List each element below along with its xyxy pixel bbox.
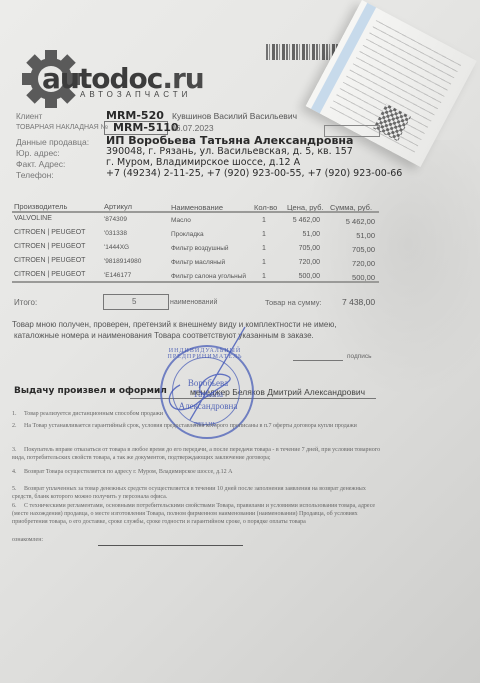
- cell-maker: CITROEN | PEUGEOT: [14, 271, 85, 278]
- cell-name: Фильтр масляный: [171, 259, 225, 266]
- seller-label: Данные продавца:: [16, 137, 89, 147]
- phones: +7 (49234) 2-11-25, +7 (920) 923-00-55, …: [106, 168, 402, 179]
- signature-line: [293, 360, 343, 361]
- cell-maker: CITROEN | PEUGEOT: [14, 257, 85, 264]
- autodoc-logo: autodoc.ru АВТОЗАПЧАСТИ: [18, 50, 208, 106]
- cell-name: Фильтр воздушный: [171, 245, 229, 252]
- cell-price: 500,00: [292, 273, 320, 280]
- cell-price: 720,00: [292, 259, 320, 266]
- terms-item-5: 5. Возврат уплаченных за товар денежных …: [12, 485, 382, 501]
- col-article: Артикул: [104, 202, 132, 211]
- cell-price: 705,00: [292, 245, 320, 252]
- paper-shadow: [300, 140, 480, 400]
- issued-label: Выдачу произвел и оформил: [14, 386, 167, 396]
- cell-qty: 1: [262, 231, 266, 238]
- cell-qty: 1: [262, 217, 266, 224]
- cell-article: '874309: [104, 216, 127, 223]
- cell-name: Прокладка: [171, 231, 204, 238]
- col-maker: Производитель: [14, 202, 67, 211]
- cell-article: '9818914980: [104, 258, 141, 265]
- client-label: Клиент: [16, 112, 42, 121]
- table-footer-rule: [12, 281, 379, 283]
- phone-label: Телефон:: [16, 170, 54, 180]
- cell-sum: 705,00: [335, 245, 375, 254]
- total-label: Итого:: [14, 298, 37, 307]
- cell-sum: 51,00: [335, 231, 375, 240]
- terms-item-4: 4. Возврат Товара осуществляется по адре…: [12, 468, 382, 476]
- cell-name: Масло: [171, 217, 191, 224]
- actual-address-label: Факт. Адрес:: [16, 159, 65, 169]
- logo-subtitle: АВТОЗАПЧАСТИ: [80, 90, 191, 99]
- invoice-number: MRM-5110: [113, 121, 179, 134]
- cell-price: 5 462,00: [292, 217, 320, 224]
- cell-qty: 1: [262, 259, 266, 266]
- total-count: 5: [132, 297, 136, 306]
- terms-item-1: 1. Товар реализуется дистанционным спосо…: [12, 410, 382, 418]
- terms-item-6: 6. С техническими регламентами, основным…: [12, 502, 382, 526]
- legal-address: 390048, г. Рязань, ул. Васильевская, д. …: [106, 146, 353, 157]
- handwritten-signature: [150, 325, 270, 435]
- terms-item-3: 3. Покупатель вправе отказаться от товар…: [12, 446, 382, 462]
- cell-article: '1444XG: [104, 244, 129, 251]
- cell-qty: 1: [262, 273, 266, 280]
- cell-maker: CITROEN | PEUGEOT: [14, 243, 85, 250]
- cell-sum: 5 462,00: [335, 217, 375, 226]
- acknowledged-label: ознакомлен:: [12, 536, 43, 544]
- table-header-rule: [12, 211, 379, 213]
- sum-label: Товар на сумму:: [265, 298, 322, 307]
- legal-address-label: Юр. адрес:: [16, 148, 60, 158]
- cell-article: 'E146177: [104, 272, 131, 279]
- cell-name: Фильтр салона угольный: [171, 273, 246, 280]
- cell-price: 51,00: [292, 231, 320, 238]
- signature-label: подпись: [347, 353, 372, 360]
- actual-address: г. Муром, Владимирское шоссе, д.12 А: [106, 157, 300, 168]
- client-name: Кувшинов Василий Васильевич: [172, 111, 297, 121]
- cell-sum: 720,00: [335, 259, 375, 268]
- invoice-date: 06.07.2023: [171, 123, 214, 133]
- total-count-suffix: наименований: [170, 299, 217, 306]
- terms-item-2: 2. На Товар устанавливается гарантийный …: [12, 422, 382, 430]
- cell-maker: CITROEN | PEUGEOT: [14, 229, 85, 236]
- cell-maker: VALVOLINE: [14, 215, 52, 222]
- cell-article: '031338: [104, 230, 127, 237]
- cell-qty: 1: [262, 245, 266, 252]
- invoice-label: ТОВАРНАЯ НАКЛАДНАЯ №: [16, 124, 108, 131]
- acknowledged-signature-line: [98, 545, 243, 546]
- sum-value: 7 438,00: [342, 297, 375, 307]
